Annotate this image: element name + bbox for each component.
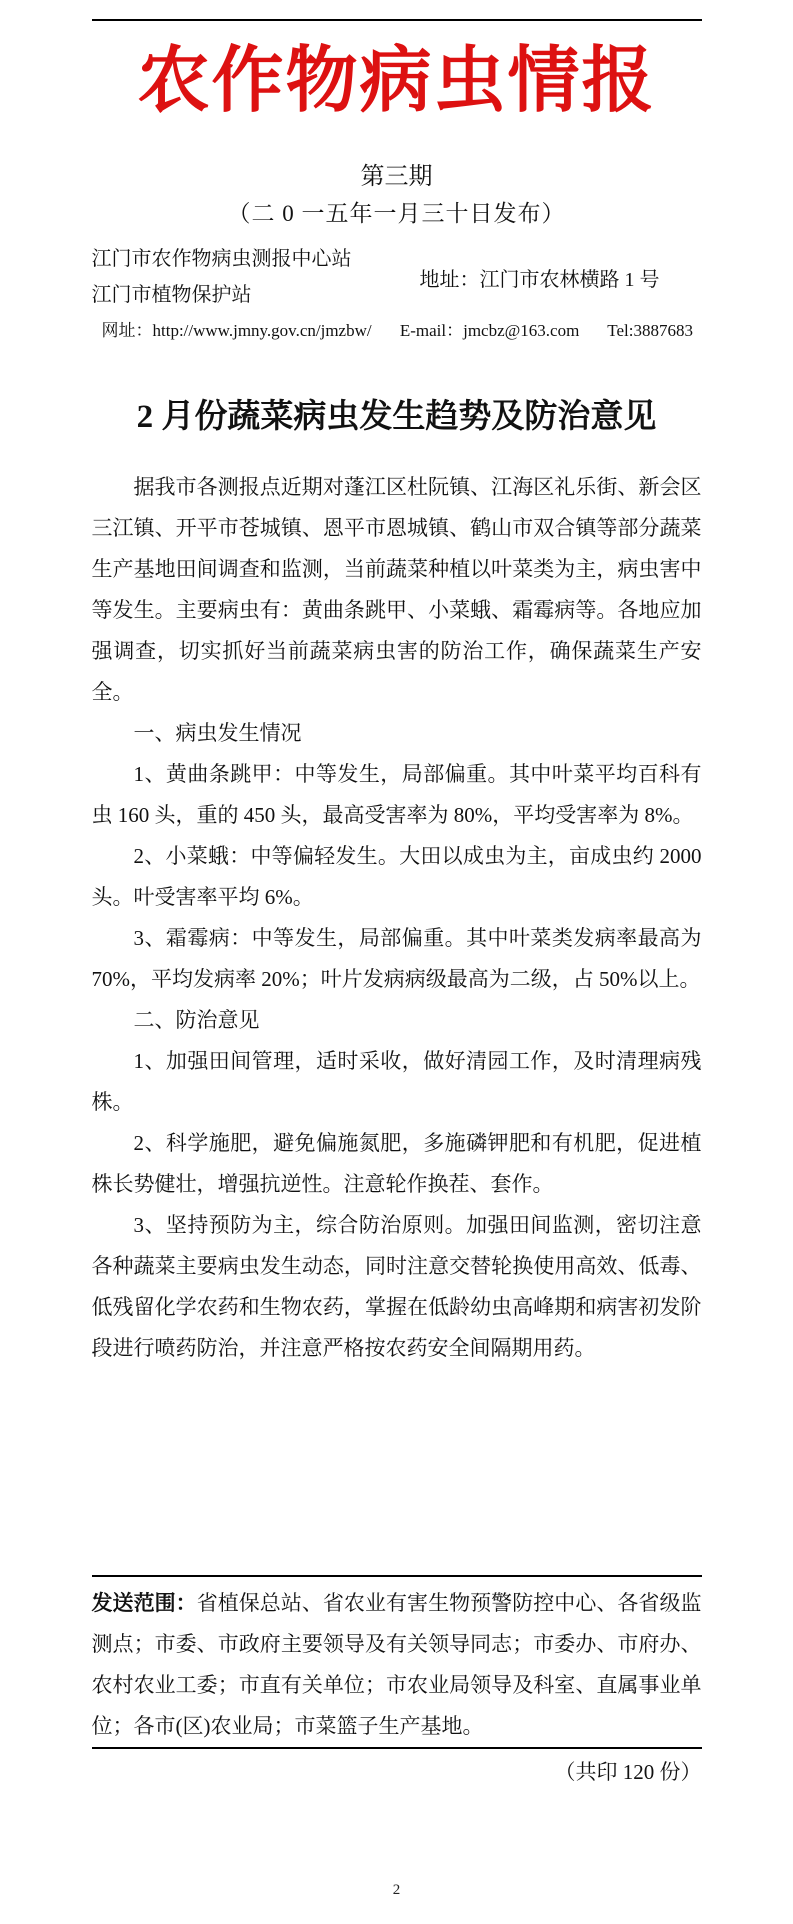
- section-heading-control: 二、防治意见: [92, 1000, 702, 1041]
- publish-date: （二 0 一五年一月三十日发布）: [92, 199, 702, 229]
- issuer-block: 江门市农作物病虫测报中心站 江门市植物保护站 地址：江门市农林横路 1 号: [92, 241, 702, 313]
- bulletin-title: 农作物病虫情报: [92, 35, 702, 127]
- distribution-scope: 发送范围：省植保总站、省农业有害生物预警防控中心、各省级监测点；市委、市政府主要…: [92, 1583, 702, 1747]
- pest-item-diamondback-moth: 2、小菜蛾：中等偏轻发生。大田以成虫为主，亩成虫约 2000 头。叶受害率平均 …: [92, 836, 702, 918]
- intro-paragraph: 据我市各测报点近期对蓬江区杜阮镇、江海区礼乐街、新会区三江镇、开平市苍城镇、恩平…: [92, 467, 702, 713]
- distribution-label: 发送范围：: [92, 1591, 197, 1615]
- issuing-org-secondary: 江门市植物保护站: [92, 277, 352, 313]
- section-heading-occurrence: 一、病虫发生情况: [92, 713, 702, 754]
- document-content: 农作物病虫情报 第三期 （二 0 一五年一月三十日发布） 江门市农作物病虫测报中…: [92, 19, 702, 1787]
- contact-line: 网址：http://www.jmny.gov.cn/jmzbw/ E-mail：…: [102, 319, 702, 343]
- document-page: 农作物病虫情报 第三期 （二 0 一五年一月三十日发布） 江门市农作物病虫测报中…: [0, 0, 793, 1924]
- issuing-org-primary: 江门市农作物病虫测报中心站: [92, 241, 352, 277]
- article-title: 2 月份蔬菜病虫发生趋势及防治意见: [92, 395, 702, 439]
- distribution-divider-top: [92, 1575, 702, 1577]
- pest-item-downy-mildew: 3、霜霉病：中等发生，局部偏重。其中叶菜类发病率最高为 70%，平均发病率 20…: [92, 918, 702, 1000]
- email-text: E-mail：jmcbz@163.com: [400, 321, 579, 340]
- address-line: 地址：江门市农林横路 1 号: [420, 263, 660, 292]
- control-item-prevention: 3、坚持预防为主，综合防治原则。加强田间监测，密切注意各种蔬菜主要病虫发生动态，…: [92, 1205, 702, 1369]
- pest-item-flea-beetle: 1、黄曲条跳甲：中等发生，局部偏重。其中叶菜平均百科有虫 160 头，重的 45…: [92, 754, 702, 836]
- control-item-field-management: 1、加强田间管理，适时采收，做好清园工作，及时清理病残株。: [92, 1041, 702, 1123]
- control-item-fertilization: 2、科学施肥，避免偏施氮肥，多施磷钾肥和有机肥，促进植株长势健壮，增强抗逆性。注…: [92, 1123, 702, 1205]
- telephone-text: Tel:3887683: [607, 321, 693, 340]
- print-count: （共印 120 份）: [92, 1757, 702, 1787]
- top-divider: [92, 19, 702, 21]
- distribution-divider-bottom: [92, 1747, 702, 1749]
- article-body: 据我市各测报点近期对蓬江区杜阮镇、江海区礼乐街、新会区三江镇、开平市苍城镇、恩平…: [92, 467, 702, 1369]
- page-number: 2: [0, 1882, 793, 1899]
- website-text: 网址：http://www.jmny.gov.cn/jmzbw/: [102, 321, 372, 340]
- issue-number: 第三期: [92, 163, 702, 191]
- issuing-orgs: 江门市农作物病虫测报中心站 江门市植物保护站: [92, 241, 352, 313]
